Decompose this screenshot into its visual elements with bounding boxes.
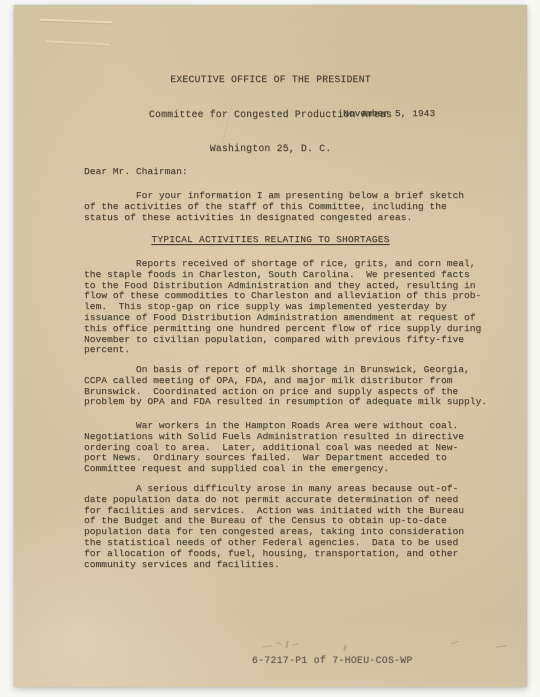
letter-page: EXECUTIVE OFFICE OF THE PRESIDENT Commit… (14, 5, 527, 687)
intro-paragraph: For your information I am presenting bel… (84, 191, 464, 223)
paragraph-population-data: A serious difficulty arose in many areas… (84, 484, 464, 570)
staple-mark (40, 19, 112, 24)
paragraph-milk-shortage: On basis of report of milk shortage in B… (84, 365, 487, 408)
scan-background: EXECUTIVE OFFICE OF THE PRESIDENT Commit… (0, 0, 540, 697)
letterhead-address: Washington 25, D. C. (14, 143, 527, 155)
paragraph-shortage-rice: Reports received of shortage of rice, gr… (84, 259, 481, 356)
letterhead-office: EXECUTIVE OFFICE OF THE PRESIDENT (14, 74, 527, 86)
letterhead: EXECUTIVE OFFICE OF THE PRESIDENT Commit… (14, 51, 527, 178)
archival-stamp: 6-7217-P1 of 7-HOEU-COS-WP (252, 655, 413, 666)
pencil-mark (496, 645, 507, 647)
paragraph-coal-shortage: War workers in the Hampton Roads Area we… (84, 421, 464, 475)
pencil-mark (451, 641, 459, 645)
section-heading: TYPICAL ACTIVITIES RELATING TO SHORTAGES (14, 234, 527, 245)
staple-mark (46, 40, 110, 45)
pencil-annotation (262, 641, 314, 650)
letterhead-committee: Committee for Congested Production Areas (14, 109, 527, 121)
salutation: Dear Mr. Chairman: (84, 166, 188, 177)
pencil-mark (343, 645, 346, 651)
date-line: November 5, 1943 (343, 108, 435, 119)
